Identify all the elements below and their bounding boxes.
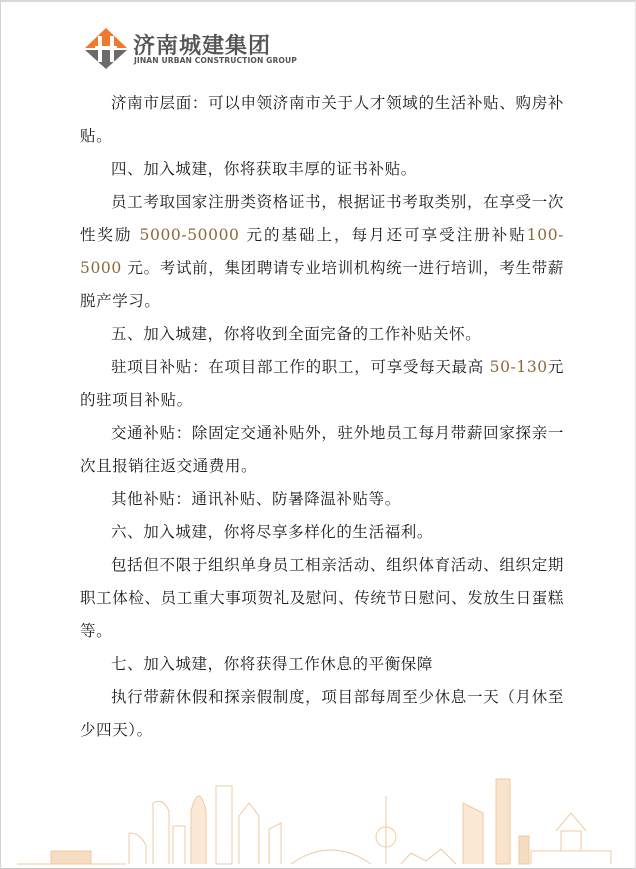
document-body: 济南市层面：可以申领济南市关于人才领域的生活补贴、购房补贴。 四、加入城建，你将… <box>80 87 564 747</box>
amount-one-time-reward: 5000-50000 <box>140 226 240 244</box>
document-page: 济南城建集团 JINAN URBAN CONSTRUCTION GROUP 济南… <box>0 0 636 869</box>
amount-daily-project-subsidy: 50-130 <box>490 358 548 376</box>
paragraph-certificate-details: 员工考取国家注册类资格证书，根据证书考取类别，在享受一次性奖励 5000-500… <box>80 186 564 318</box>
heading-certificate-subsidy: 四、加入城建，你将获取丰厚的证书补贴。 <box>80 153 564 186</box>
paragraph-transport-subsidy: 交通补贴：除固定交通补贴外，驻外地员工每月带薪回家探亲一次且报销往返交通费用。 <box>80 417 564 483</box>
company-logo: 济南城建集团 JINAN URBAN CONSTRUCTION GROUP <box>83 26 283 70</box>
paragraph-project-subsidy: 驻项目补贴：在项目部工作的职工，可享受每天最高 50-130元的驻项目补贴。 <box>80 351 564 417</box>
heading-life-welfare: 六、加入城建，你将尽享多样化的生活福利。 <box>80 516 564 549</box>
city-skyline-illustration <box>1 741 635 866</box>
logo-house-icon <box>83 26 129 70</box>
heading-work-subsidy: 五、加入城建，你将收到全面完备的工作补贴关怀。 <box>80 318 564 351</box>
paragraph-leave-policy: 执行带薪休假和探亲假制度，项目部每周至少休息一天（月休至少四天）。 <box>80 681 564 747</box>
paragraph-other-subsidy: 其他补贴：通讯补贴、防暑降温补贴等。 <box>80 483 564 516</box>
logo-english-name: JINAN URBAN CONSTRUCTION GROUP <box>134 56 297 65</box>
heading-work-rest-balance: 七、加入城建，你将获得工作休息的平衡保障 <box>80 648 564 681</box>
paragraph-welfare-details: 包括但不限于组织单身员工相亲活动、组织体育活动、组织定期职工体检、员工重大事项贺… <box>80 549 564 648</box>
paragraph-jinan-subsidy: 济南市层面：可以申领济南市关于人才领域的生活补贴、购房补贴。 <box>80 87 564 153</box>
